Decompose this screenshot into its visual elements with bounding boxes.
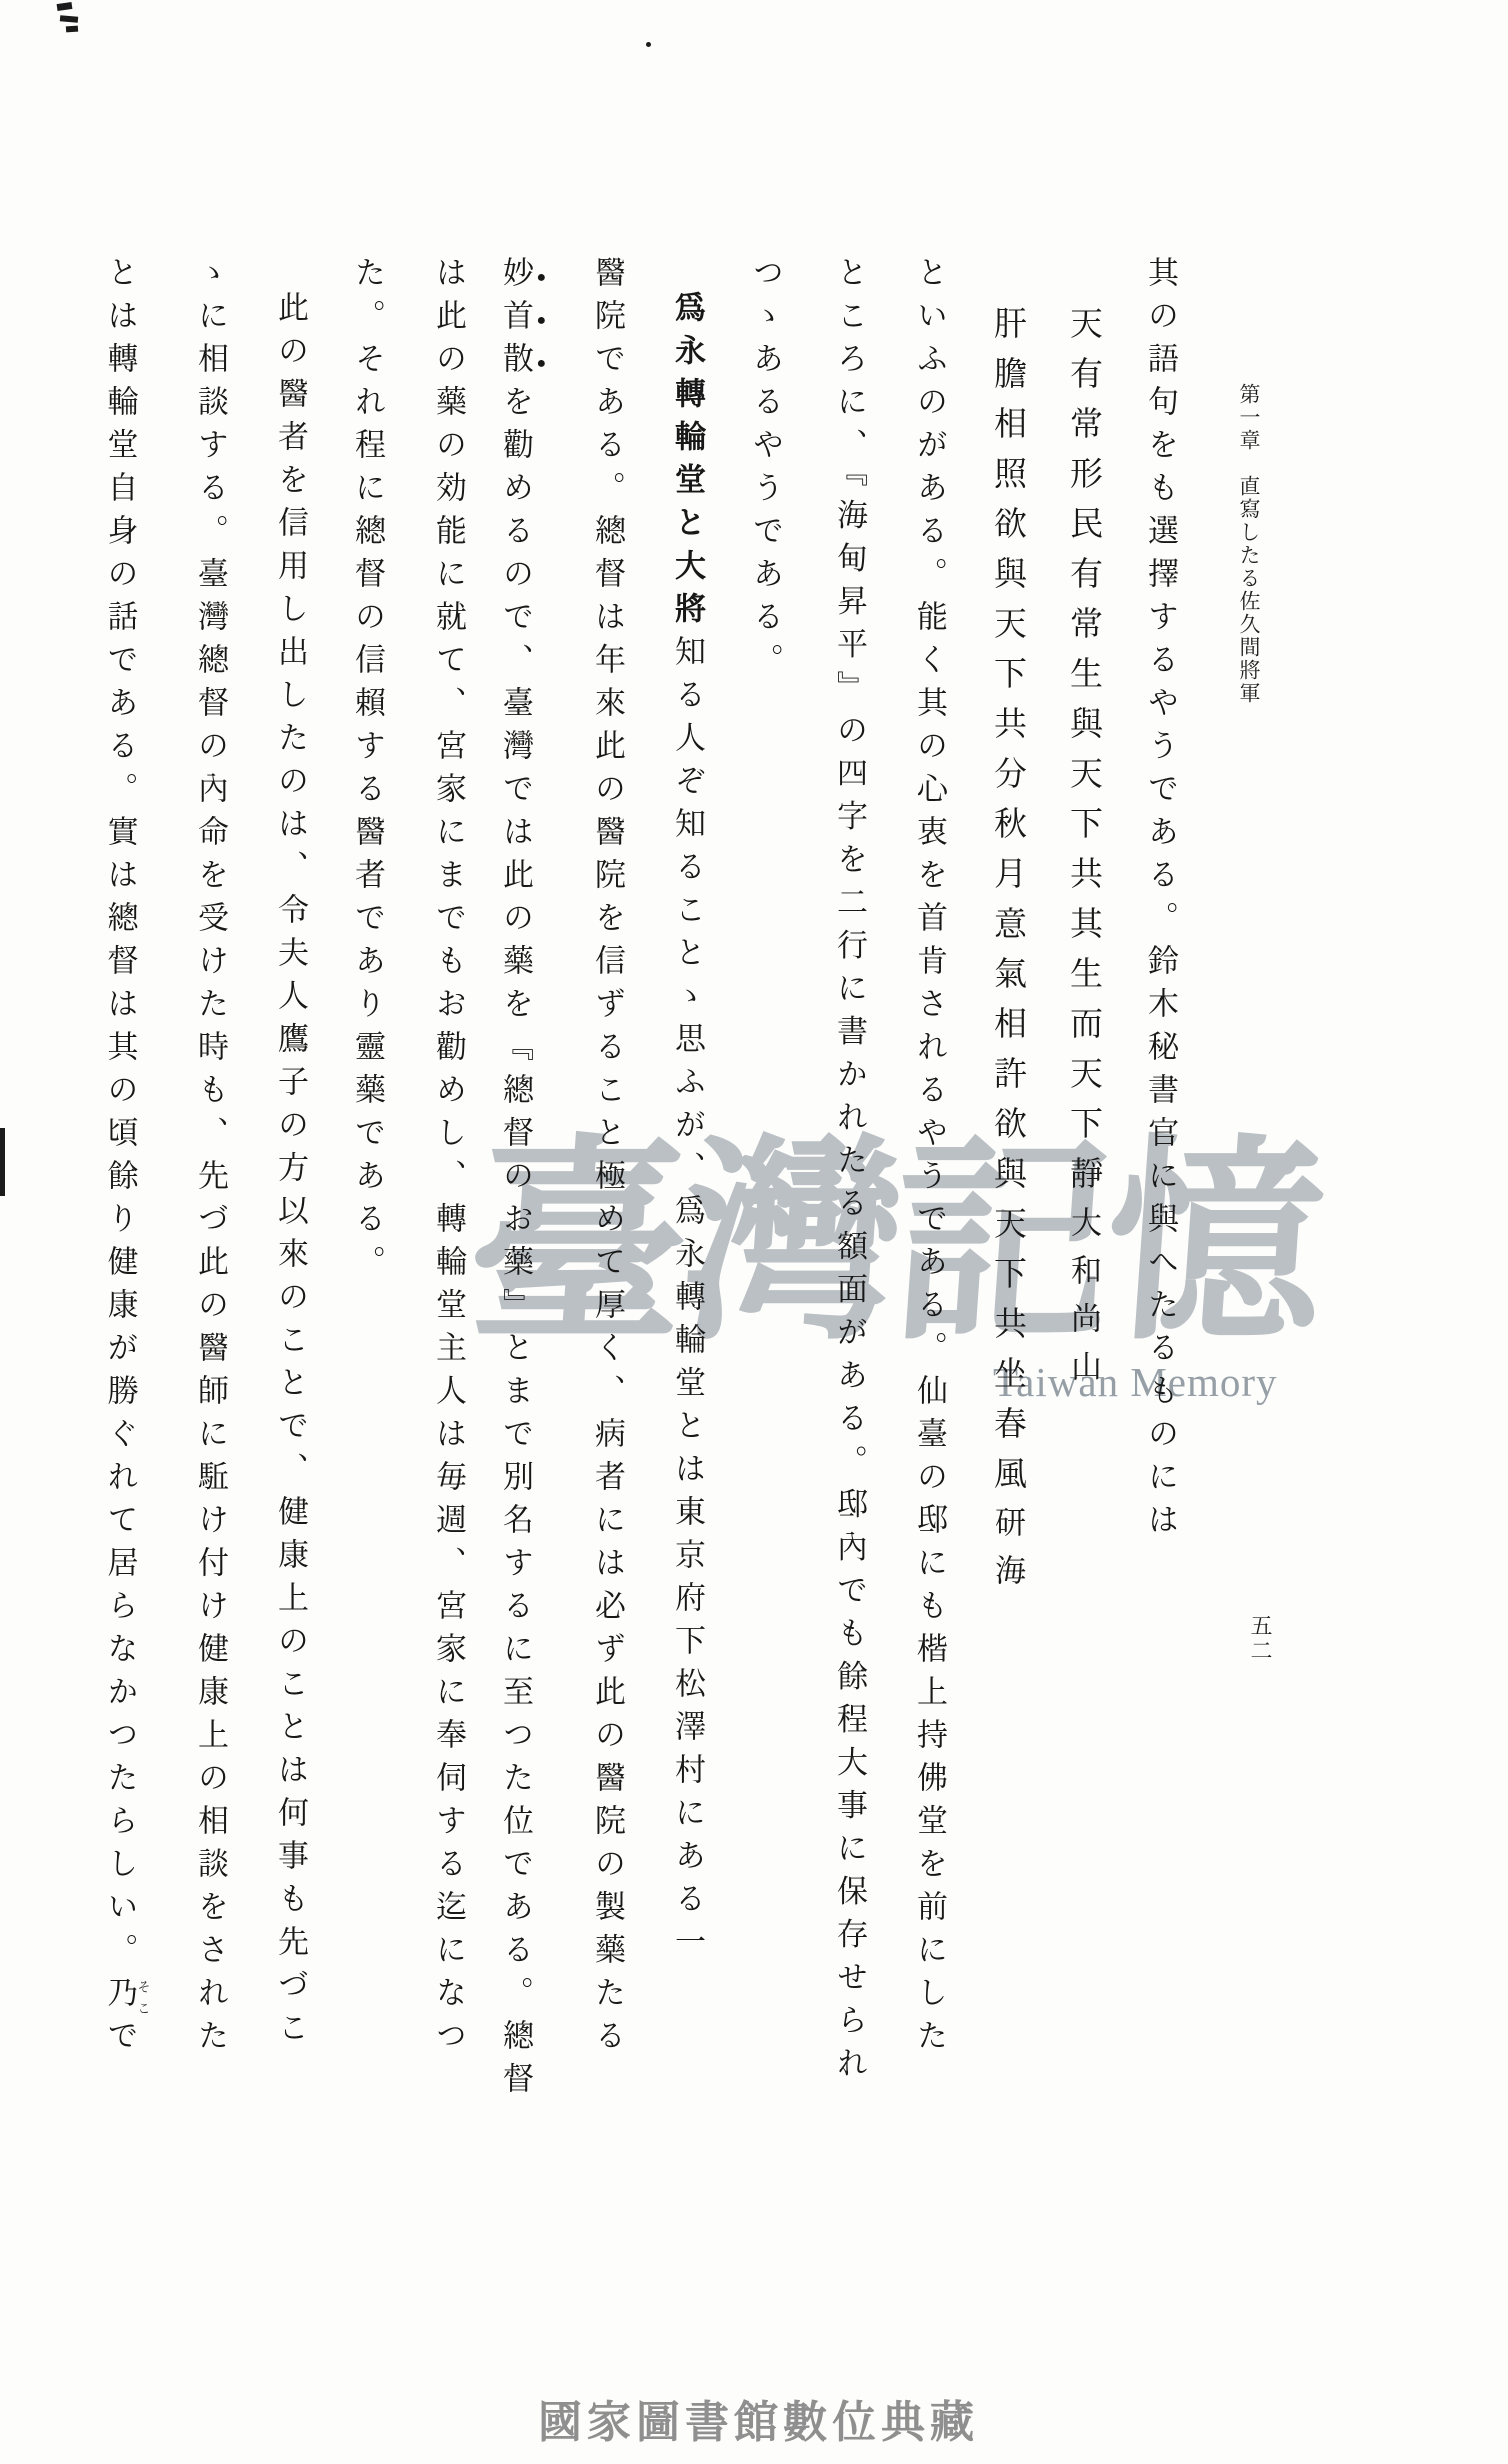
text-column-11: た。それ程に總督の信賴する醫者であり靈藥である。 xyxy=(345,256,389,2296)
text-column-5: ところに、『海甸昇平』の四字を二行に書かれたる額面がある。邸內でも餘程大事に保存… xyxy=(827,256,871,2296)
section-heading: 爲永轉輪堂と大將 xyxy=(670,291,705,635)
poem-line-1: 天有常形民有常生與天下共其生而天下靜 xyxy=(1065,306,1101,1206)
text-column-14: とは轉輪堂自身の話である。實は總督は其の頃餘り健康が勝ぐれて居らなかつたらしい。… xyxy=(106,256,150,2296)
scanned-book-page: 臺灣記憶 Taiwan Memory 第一章 直寫したる佐久間將軍 五二 其の語… xyxy=(0,0,1508,2464)
archive-footer-caption: 國家圖書館數位典藏 xyxy=(538,2386,979,2450)
scan-artifact-top-left xyxy=(60,15,78,23)
ruby-base: 乃 xyxy=(103,1976,138,2019)
taiwan-memory-watermark-text: Taiwan Memory xyxy=(993,1358,1278,1406)
scan-artifact-speck xyxy=(646,42,651,47)
text-column-6: つゝあるやうである。 xyxy=(743,256,787,2296)
text-column-9: 妙首散を勸めるので、臺灣では此の藥を『總督のお藥』とまで別名するに至つた位である… xyxy=(506,256,550,2296)
column-14-tail: で xyxy=(103,2019,138,2062)
text-column-13: ゝに相談する。臺灣總督の內命を受けた時も、先づ此の醫師に駈け付け健康上の相談をさ… xyxy=(188,256,232,2296)
poem-signature-name: 大和尚山 xyxy=(1066,1206,1101,1398)
scan-artifact-top-left xyxy=(57,2,73,11)
poem-signature-char-2: 海 xyxy=(990,1554,1025,1602)
text-column-12: 此の醫者を信用し出したのは、令夫人鷹子の方以來のことで、健康上のことは何事も先づ… xyxy=(268,256,312,2296)
scan-artifact-left-edge xyxy=(0,1128,5,1196)
text-column-7: 爲永轉輪堂と大將知る人ぞ知ることゝ思ふが、爲永轉輪堂とは東京府下松澤村にある一 xyxy=(665,256,709,2296)
running-head-chapter-title: 第一章 直寫したる佐久間將軍 xyxy=(1230,383,1264,1083)
poem-line-2: 肝膽相照欲與天下共分秋月意氣相許欲與天下共坐春風 xyxy=(989,306,1025,1506)
text-column-1: 其の語句をも選擇するやうである。鈴木秘書官に與へたるものには xyxy=(1138,256,1182,2296)
poem-signature-char-1: 研 xyxy=(990,1506,1025,1554)
page-number: 五二 xyxy=(1246,1614,1276,1734)
scan-artifact-top-left xyxy=(66,26,78,33)
section-body-start: 知る人ぞ知ることゝ思ふが、爲永轉輪堂とは東京府下松澤村にある一 xyxy=(670,635,705,1968)
text-column-10: は此の藥の効能に就て、宮家にまでもお勸めし、轉輪堂主人は毎週、宮家に奉伺する迄に… xyxy=(426,256,470,2296)
text-column-4: といふのがある。能く其の心衷を首肯されるやうである。仙臺の邸にも楷上持佛堂を前に… xyxy=(907,256,951,2296)
column-14-body: とは轉輪堂自身の話である。實は總督は其の頃餘り健康が勝ぐれて居らなかつたらしい。 xyxy=(103,256,138,1976)
emphasized-drug-name: 妙首散 xyxy=(498,256,533,385)
text-column-2-poem-line-1: 天有常形民有常生與天下共其生而天下靜大和尚山 xyxy=(1061,256,1105,2296)
ruby-annotated-word: 乃そこ xyxy=(103,1976,138,2019)
column-9-body: を勸めるので、臺灣では此の藥を『總督のお藥』とまで別名するに至つた位である。總督 xyxy=(498,385,533,2105)
text-column-8: 醫院である。總督は年來此の醫院を信ずること極めて厚く、病者には必ず此の醫院の製藥… xyxy=(585,256,629,2296)
text-column-3-poem-line-2: 肝膽相照欲與天下共分秋月意氣相許欲與天下共坐春風研海 xyxy=(985,256,1029,2296)
ruby-reading: そこ xyxy=(136,1976,151,2019)
